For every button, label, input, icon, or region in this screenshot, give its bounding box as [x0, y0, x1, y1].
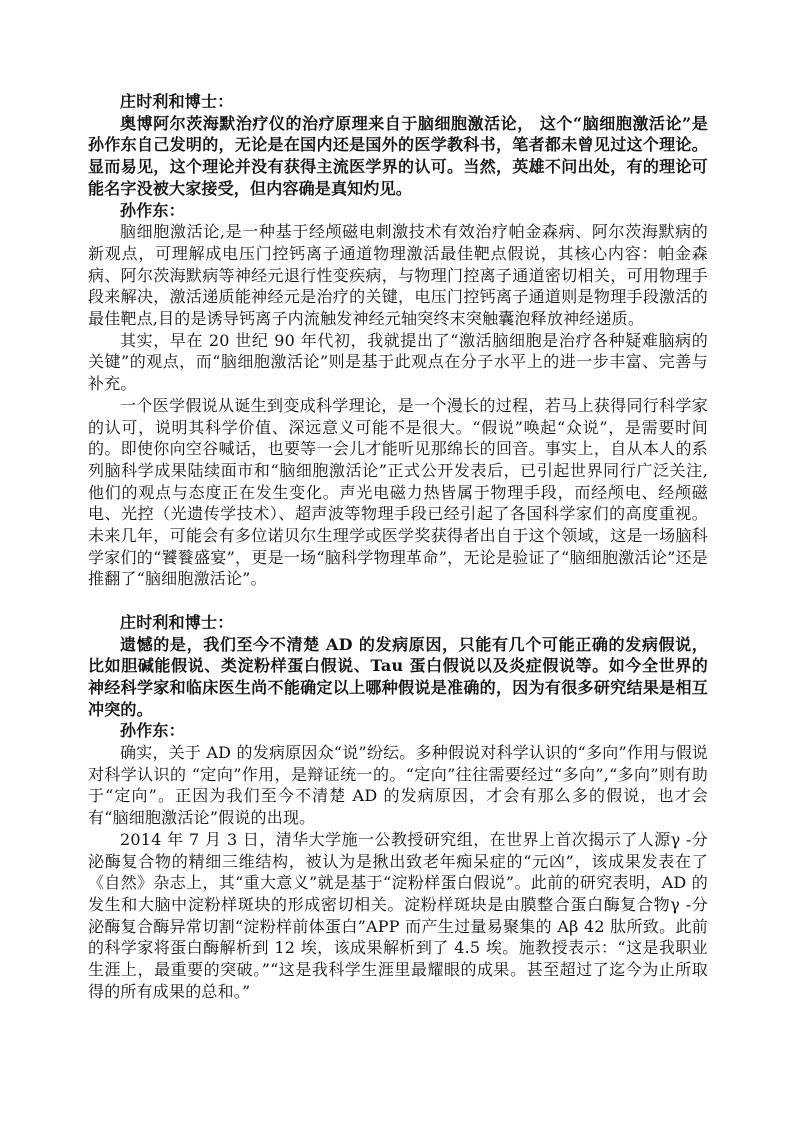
speaker-heading-sun-1: 孙作东： — [88, 200, 708, 222]
paragraph-sun-reply-2: 其实，早在 20 世纪 90 年代初，我就提出了“激活脑细胞是治疗各种疑难脑病的… — [88, 330, 708, 395]
paragraph-sun-reply-1: 脑细胞激活论,是一种基于经颅磁电刺激技术有效治疗帕金森病、阿尔茨海默病的新观点，… — [88, 221, 708, 330]
speaker-heading-zhuang-1: 庄时利和博士： — [88, 91, 708, 113]
paragraph-sun-reply-3: 一个医学假说从诞生到变成科学理论，是一个漫长的过程，若马上获得同行科学家的认可，… — [88, 395, 708, 590]
paragraph-sun-reply-5: 2014 年 7 月 3 日，清华大学施一公教授研究组，在世界上首次揭示了人源γ… — [88, 829, 708, 1003]
paragraph-zhuang-statement-2: 遗憾的是，我们至今不清楚 AD 的发病原因，只能有几个可能正确的发病假说，比如胆… — [88, 634, 708, 721]
document-page: 庄时利和博士： 奥博阿尔茨海默治疗仪的治疗原理来自于脑细胞激活论， 这个“脑细胞… — [0, 0, 794, 1123]
document-body: 庄时利和博士： 奥博阿尔茨海默治疗仪的治疗原理来自于脑细胞激活论， 这个“脑细胞… — [88, 91, 708, 1003]
speaker-heading-sun-2: 孙作东： — [88, 720, 708, 742]
paragraph-sun-reply-4: 确实，关于 AD 的发病原因众“说”纷纭。多种假说对科学认识的“多向”作用与假说… — [88, 742, 708, 829]
paragraph-zhuang-statement-1: 奥博阿尔茨海默治疗仪的治疗原理来自于脑细胞激活论， 这个“脑细胞激活论”是孙作东… — [88, 113, 708, 200]
speaker-heading-zhuang-2: 庄时利和博士： — [88, 612, 708, 634]
